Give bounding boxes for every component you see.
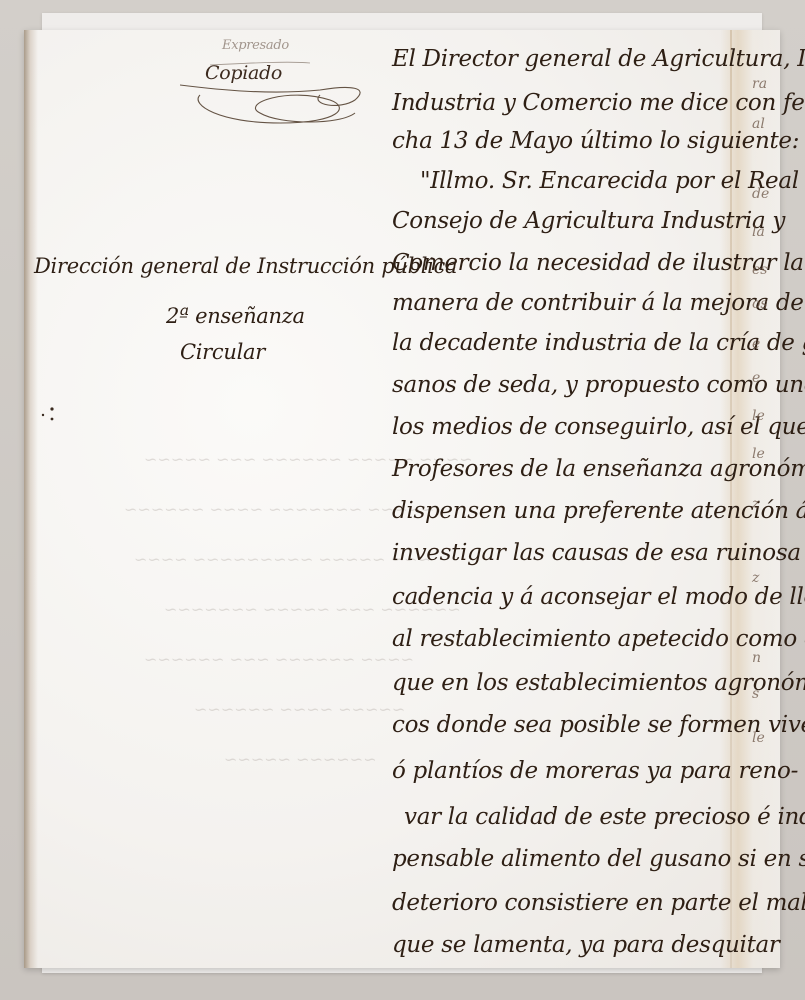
margin-note: al	[752, 116, 765, 132]
body-line: Comercio la necesidad de ilustrar la	[392, 250, 804, 276]
body-line: El Director general de Agricultura, Indu…	[392, 46, 805, 72]
ink-dots	[40, 405, 60, 425]
body-line: cadencia y á aconsejar el modo de llegar	[392, 584, 805, 610]
margin-note: es	[752, 262, 767, 278]
body-line: manera de contribuir á la mejora de	[392, 290, 804, 316]
margin-note: de	[752, 186, 769, 202]
body-line: los medios de conseguirlo, así el que lo…	[392, 414, 805, 440]
body-line: ó plantíos de moreras ya para reno-	[392, 758, 798, 784]
body-line: Profesores de la enseñanza agronómica	[392, 456, 805, 482]
doc-type-heading: Circular	[180, 340, 265, 364]
body-line: la decadente industria de la cría de gu-	[392, 330, 805, 356]
body-line: al restablecimiento apetecido como el	[392, 626, 805, 652]
body-line: cos donde sea posible se formen viveros	[392, 712, 805, 738]
margin-note: s	[752, 686, 759, 702]
bleed-through-text: ~~~~ ~~~~~~ ~~~ ~~~~~~	[144, 650, 414, 669]
margin-note: le	[752, 730, 765, 746]
margin-note: le	[752, 408, 765, 424]
margin-note: e	[752, 336, 760, 352]
flourish-icon	[180, 45, 380, 135]
bleed-through-text: ~~~~~ ~~~~ ~~~~~~	[194, 700, 405, 719]
margin-note: os	[752, 296, 768, 312]
body-line: var la calidad de este precioso é indis-	[404, 804, 805, 830]
body-line: que en los establecimientos agronómi-	[392, 670, 805, 696]
body-line: cha 13 de Mayo último lo siguiente:	[392, 128, 799, 154]
body-line: deterioro consistiere en parte el mal	[392, 890, 805, 916]
margin-note: ra	[752, 76, 767, 92]
body-line: "Illmo. Sr. Encarecida por el Real	[420, 168, 799, 194]
body-line: dispensen una preferente atención á	[392, 498, 805, 524]
bleed-through-text: ~~~~~~ ~~~~~	[224, 750, 377, 769]
margin-note: la	[752, 224, 765, 240]
section-heading: 2ª enseñanza	[166, 304, 305, 328]
body-line: Industria y Comercio me dice con fe-	[392, 90, 805, 116]
margin-note: z	[752, 570, 759, 586]
body-line: que se lamenta, ya para desquitar	[392, 932, 780, 958]
margin-note: e	[752, 370, 760, 386]
margin-note: n	[752, 650, 761, 666]
body-line: pensable alimento del gusano si en su	[392, 846, 805, 872]
body-line: Consejo de Agricultura Industria y	[392, 208, 785, 234]
bleed-through-text: ~~~~~ ~~~~~~~ ~~~~ ~~~~~~	[124, 500, 434, 519]
margin-note: le	[752, 446, 765, 462]
margin-note: z	[752, 496, 759, 512]
body-line: investigar las causas de esa ruinosa de-	[392, 540, 805, 566]
body-line: sanos de seda, y propuesto como uno de	[392, 372, 805, 398]
bleed-through-text: ~~~ ~~~~~ ~~~~~~~~~ ~~~~	[134, 550, 431, 569]
